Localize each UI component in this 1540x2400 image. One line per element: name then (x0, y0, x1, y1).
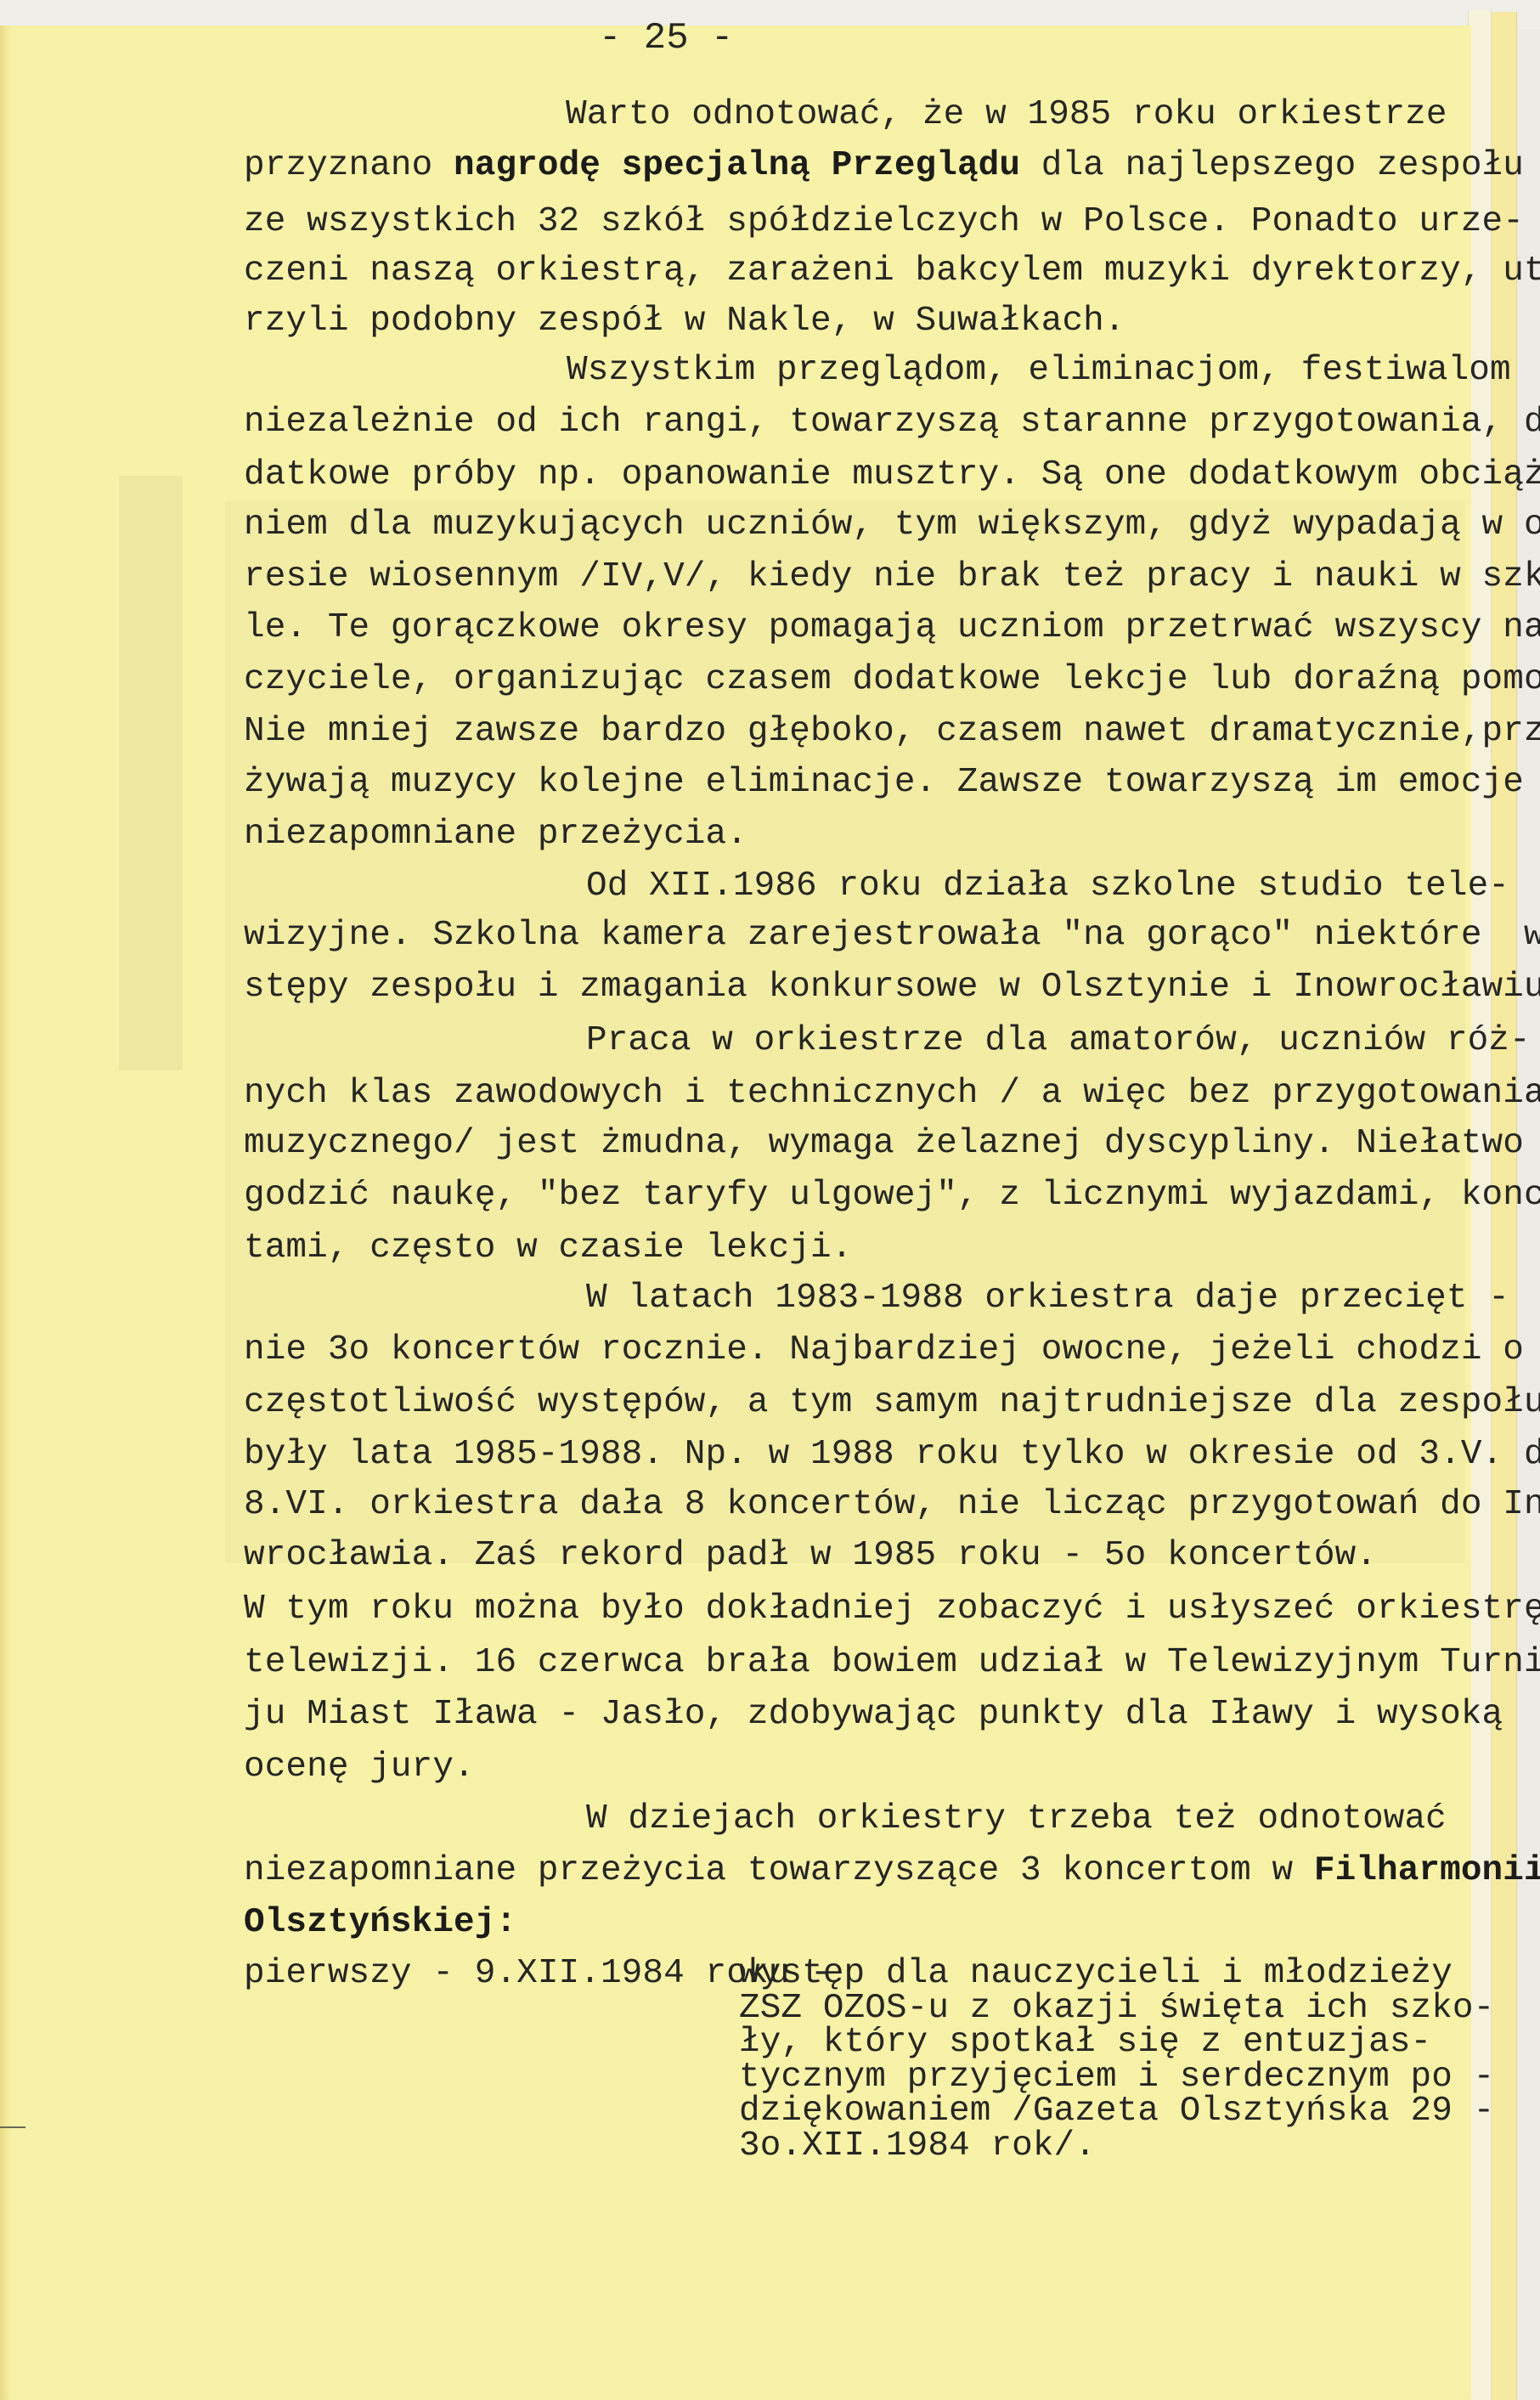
text-line: niezależnie od ich rangi, towarzyszą sta… (244, 404, 1540, 441)
text-line: stępy zespołu i zmagania konkursowe w Ol… (244, 968, 1540, 1006)
text-run: niezapomniane przeżycia towarzyszące 3 k… (244, 1851, 1314, 1890)
text-line: tami, często w czasie lekcji. (244, 1229, 852, 1267)
text-line: niezapomniane przeżycia. (244, 816, 747, 853)
concert-description-line: 3o.XII.1984 rok/. (739, 2127, 1096, 2165)
text-line: Warto odnotować, że w 1985 roku orkiestr… (566, 96, 1447, 133)
text-line: W tym roku można było dokładniej zobaczy… (244, 1590, 1540, 1628)
text-line: muzycznego/ jest żmudna, wymaga żelaznej… (244, 1125, 1540, 1162)
text-line: ze wszystkich 32 szkół spółdzielczych w … (244, 203, 1524, 240)
text-line: wizyjne. Szkolna kamera zarejestrowała "… (244, 917, 1540, 954)
text-line: przyznano nagrodę specjalną Przeglądu dl… (244, 147, 1524, 184)
show-through-strip (119, 476, 183, 1070)
text-line: były lata 1985-1988. Np. w 1988 roku tyl… (244, 1436, 1540, 1473)
text-line: Wszystkim przeglądom, eliminacjom, festi… (567, 352, 1511, 389)
text-line: ocenę jury. (244, 1748, 475, 1786)
text-line: Olsztyńskiej: (244, 1904, 516, 1941)
bold-emphasis: Filharmonii (1314, 1851, 1540, 1890)
text-line: resie wiosennym /IV,V/, kiedy nie brak t… (244, 558, 1540, 596)
concert-description-line: występ dla nauczycieli i młodzieży (739, 1955, 1453, 1992)
concert-description-line: tycznym przyjęciem i serdecznym po - (739, 2058, 1494, 2096)
text-run: dla najlepszego zespołu (1020, 146, 1524, 185)
text-line: Praca w orkiestrze dla amatorów, uczniów… (586, 1022, 1531, 1059)
text-line: czeni naszą orkiestrą, zarażeni bakcylem… (244, 252, 1540, 290)
text-line: czyciele, organizując czasem dodatkowe l… (244, 661, 1540, 698)
text-line: częstotliwość występów, a tym samym najt… (244, 1384, 1540, 1421)
text-line: ju Miast Iława - Jasło, zdobywając punkt… (244, 1696, 1503, 1733)
text-line: 8.VI. orkiestra dała 8 koncertów, nie li… (244, 1486, 1540, 1523)
text-line: telewizji. 16 czerwca brała bowiem udzia… (244, 1644, 1540, 1681)
page-number: - 25 - (599, 17, 733, 59)
concert-description-line: dziękowaniem /Gazeta Olsztyńska 29 - (739, 2092, 1494, 2130)
bold-emphasis: nagrodę specjalną Przeglądu (454, 146, 1020, 185)
concert-description-line: ły, który spotkał się z entuzjas- (739, 2024, 1431, 2061)
text-line: W latach 1983-1988 orkiestra daje przeci… (586, 1279, 1509, 1317)
text-line: Od XII.1986 roku działa szkolne studio t… (586, 867, 1509, 905)
text-run: przyznano (244, 146, 454, 185)
text-line: wrocławia. Zaś rekord padł w 1985 roku -… (244, 1537, 1377, 1574)
text-line: le. Te gorączkowe okresy pomagają ucznio… (244, 609, 1540, 647)
text-line: żywają muzycy kolejne eliminacje. Zawsze… (244, 764, 1540, 801)
margin-mark (0, 2126, 25, 2128)
text-line: datkowe próby np. opanowanie musztry. Są… (244, 456, 1540, 494)
concert-description-line: ZSZ OZOS-u z okazji święta ich szko- (739, 1990, 1494, 2027)
text-line: Nie mniej zawsze bardzo głęboko, czasem … (244, 713, 1540, 750)
text-line: niem dla muzykujących uczniów, tym więks… (244, 506, 1540, 544)
bold-emphasis: Olsztyńskiej: (244, 1903, 516, 1942)
scan-background-top (0, 0, 1540, 29)
text-line: godzić naukę, "bez taryfy ulgowej", z li… (244, 1177, 1540, 1214)
text-line: nie 3o koncertów rocznie. Najbardziej ow… (244, 1331, 1524, 1369)
text-line: W dziejach orkiestry trzeba też odnotowa… (586, 1800, 1447, 1838)
text-line: nych klas zawodowych i technicznych / a … (244, 1075, 1540, 1112)
text-line: niezapomniane przeżycia towarzyszące 3 k… (244, 1852, 1540, 1889)
text-line: rzyli podobny zespół w Nakle, w Suwałkac… (244, 302, 1125, 340)
